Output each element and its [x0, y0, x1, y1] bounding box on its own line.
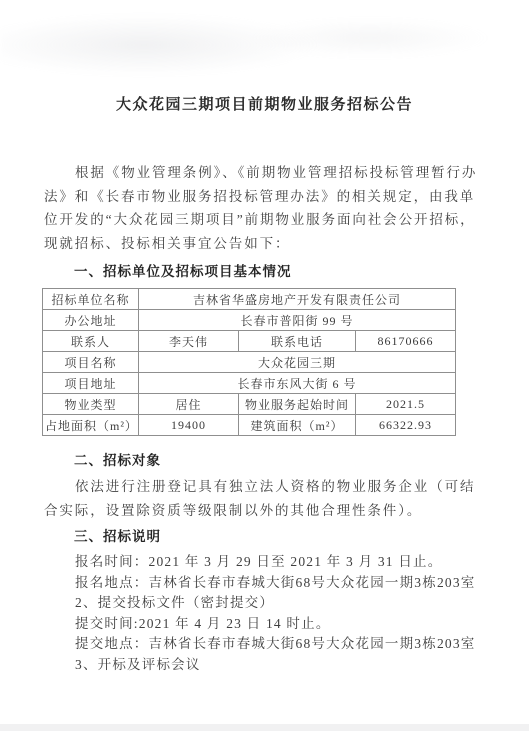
- row-label: 占地面积（m²）: [43, 415, 139, 436]
- row-value: 19400: [139, 415, 239, 436]
- intro-paragraph: 根据《物业管理条例》、《前期物业管理招标投标管理暂行办 法》和《长春市物业服务招…: [44, 161, 485, 255]
- bid-targets-paragraph: 依法进行注册登记具有独立法人资格的物业服务企业（可结 合实际，设置除资质等级限制…: [44, 475, 485, 522]
- row-label: 建筑面积（m²）: [239, 415, 356, 436]
- body-line: 提交时间:2021 年 4 月 23 日 14 时止。: [44, 614, 485, 635]
- row-value: 居住: [139, 394, 239, 415]
- table-row: 项目地址 长春市东风大街 6 号: [43, 373, 456, 394]
- row-value: 李天伟: [139, 331, 239, 352]
- intro-line: 现就招标、投标相关事宜公告如下：: [44, 232, 485, 256]
- intro-line: 根据《物业管理条例》、《前期物业管理招标投标管理暂行办: [44, 161, 485, 185]
- row-value: 吉林省华盛房地产开发有限责任公司: [139, 289, 456, 310]
- table-row: 招标单位名称 吉林省华盛房地产开发有限责任公司: [43, 289, 456, 310]
- body-line: 2、提交投标文件（密封提交）: [44, 593, 485, 614]
- row-value: 86170666: [356, 331, 456, 352]
- scan-smudge: [250, 18, 490, 58]
- row-label: 项目地址: [43, 373, 139, 394]
- body-line: 报名地点：吉林省长春市春城大街68号大众花园一期3栋203室: [44, 573, 485, 594]
- body-line: 依法进行注册登记具有独立法人资格的物业服务企业（可结: [44, 475, 485, 499]
- body-line: 提交地点：吉林省长春市春城大街68号大众花园一期3栋203室: [44, 634, 485, 655]
- section-heading-basic-info: 一、招标单位及招标项目基本情况: [74, 260, 529, 280]
- intro-line: 法》和《长春市物业服务招投标管理办法》的相关规定，由我单: [44, 185, 485, 209]
- table-row: 物业类型 居住 物业服务起始时间 2021.5: [43, 394, 456, 415]
- bid-instructions-paragraph: 报名时间：2021 年 3 月 29 日至 2021 年 3 月 31 日止。 …: [44, 552, 485, 675]
- page-title: 大众花园三期项目前期物业服务招标公告: [44, 93, 485, 114]
- table-row: 联系人 李天伟 联系电话 86170666: [43, 331, 456, 352]
- row-value: 长春市东风大街 6 号: [139, 373, 456, 394]
- row-label: 联系电话: [239, 331, 356, 352]
- scanned-document-page: 大众花园三期项目前期物业服务招标公告 根据《物业管理条例》、《前期物业管理招标投…: [0, 0, 529, 731]
- scan-edge-strip: [0, 724, 529, 731]
- section-heading-bid-instructions: 三、招标说明: [74, 525, 529, 545]
- section-heading-bid-targets: 二、招标对象: [74, 449, 529, 469]
- row-value: 66322.93: [356, 415, 456, 436]
- scan-smudge: [0, 14, 320, 76]
- row-value: 2021.5: [356, 394, 456, 415]
- row-label: 招标单位名称: [43, 289, 139, 310]
- table-row: 项目名称 大众花园三期: [43, 352, 456, 373]
- table-row: 办公地址 长春市普阳街 99 号: [43, 310, 456, 331]
- bidding-info-table: 招标单位名称 吉林省华盛房地产开发有限责任公司 办公地址 长春市普阳街 99 号…: [42, 288, 456, 436]
- row-label: 物业服务起始时间: [239, 394, 356, 415]
- row-value: 大众花园三期: [139, 352, 456, 373]
- row-label: 项目名称: [43, 352, 139, 373]
- body-line: 合实际，设置除资质等级限制以外的其他合理性条件）。: [44, 499, 485, 523]
- row-label: 办公地址: [43, 310, 139, 331]
- row-label: 物业类型: [43, 394, 139, 415]
- table-row: 占地面积（m²） 19400 建筑面积（m²） 66322.93: [43, 415, 456, 436]
- body-line: 3、开标及评标会议: [44, 655, 485, 676]
- intro-line: 位开发的“大众花园三期项目”前期物业服务面向社会公开招标，: [44, 208, 485, 232]
- row-value: 长春市普阳街 99 号: [139, 310, 456, 331]
- body-line: 报名时间：2021 年 3 月 29 日至 2021 年 3 月 31 日止。: [44, 552, 485, 573]
- row-label: 联系人: [43, 331, 139, 352]
